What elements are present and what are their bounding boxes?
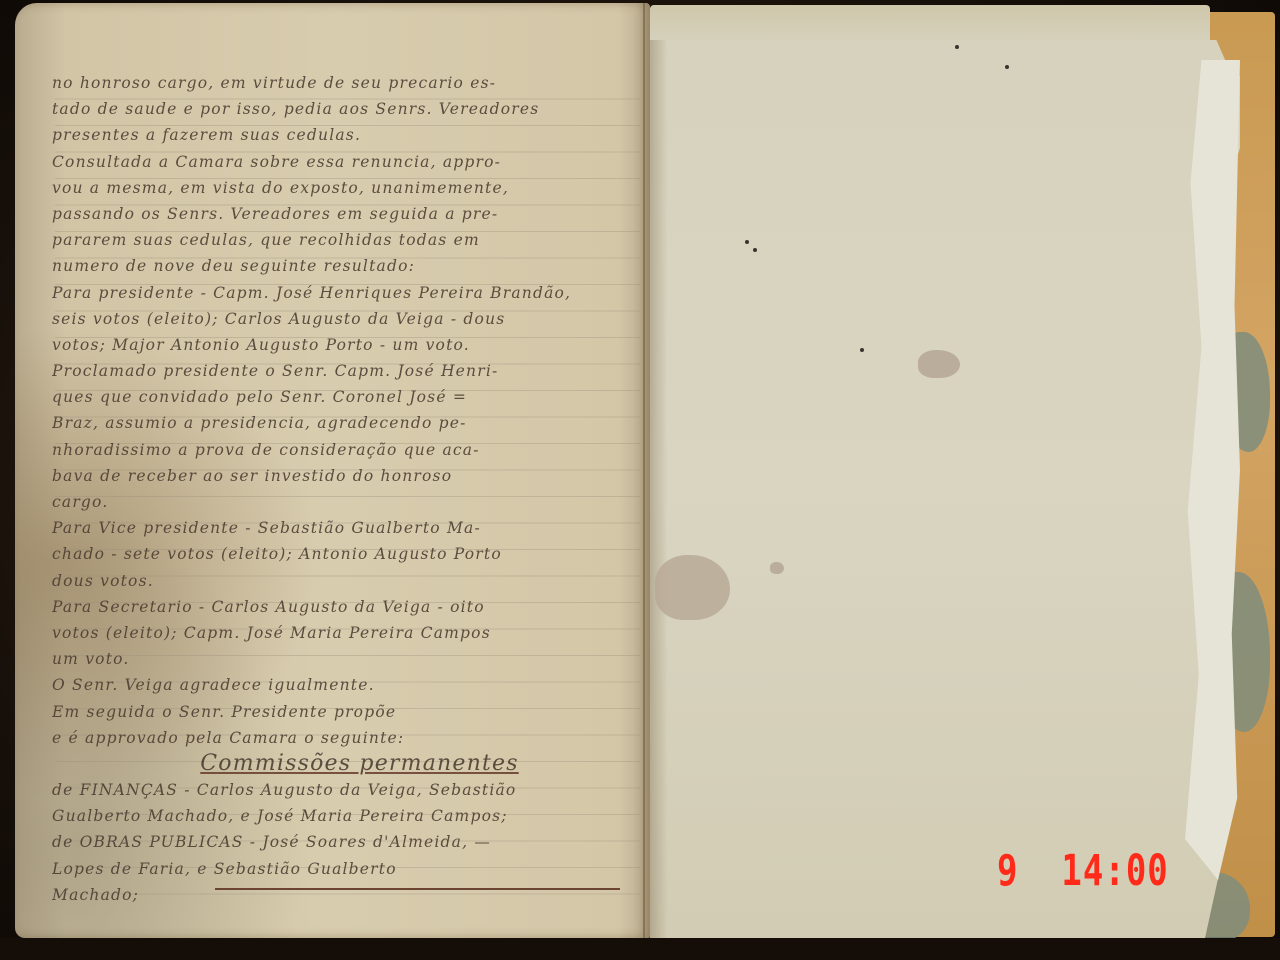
text-line: Lopes de Faria, e Sebastião Gualberto	[52, 856, 627, 882]
text-line: um voto.	[52, 646, 627, 672]
ink-spot	[753, 248, 757, 252]
stain-blot	[655, 555, 730, 620]
text-line: ques que convidado pelo Senr. Coronel Jo…	[52, 384, 627, 410]
right-page	[650, 40, 1240, 940]
ink-spot	[860, 348, 864, 352]
closing-rule-line	[215, 888, 620, 890]
text-line-president: Para presidente - Capm. José Henriques P…	[52, 280, 627, 306]
text-line-public-works: de OBRAS PUBLICAS - José Soares d'Almeid…	[52, 829, 627, 855]
text-line: presentes a fazerem suas cedulas.	[52, 122, 627, 148]
torn-page-edge	[1185, 60, 1240, 880]
handwritten-text: no honroso cargo, em virtude de seu prec…	[52, 70, 627, 908]
text-line-secretary: Para Secretario - Carlos Augusto da Veig…	[52, 594, 627, 620]
text-line: vou a mesma, em vista do exposto, unanim…	[52, 175, 627, 201]
text-line: Machado;	[52, 882, 627, 908]
text-line: dous votos.	[52, 568, 627, 594]
text-line: Em seguida o Senr. Presidente propõe	[52, 699, 627, 725]
ledger-photo: no honroso cargo, em virtude de seu prec…	[0, 0, 1280, 960]
camera-timestamp: 9 14:00	[997, 846, 1169, 896]
text-line: tado de saude e por isso, pedia aos Senr…	[52, 96, 627, 122]
text-line: votos; Major Antonio Augusto Porto - um …	[52, 332, 627, 358]
text-line: Gualberto Machado, e José Maria Pereira …	[52, 803, 627, 829]
text-line: cargo.	[52, 489, 627, 515]
text-line: bava de receber ao ser investido do honr…	[52, 463, 627, 489]
text-line: Proclamado presidente o Senr. Capm. José…	[52, 358, 627, 384]
text-line: Braz, assumio a presidencia, agradecendo…	[52, 410, 627, 436]
text-line: O Senr. Veiga agradece igualmente.	[52, 672, 627, 698]
text-line-vice-president: Para Vice presidente - Sebastião Gualber…	[52, 515, 627, 541]
text-line: chado - sete votos (eleito); Antonio Aug…	[52, 541, 627, 567]
text-line: passando os Senrs. Vereadores em seguida…	[52, 201, 627, 227]
stain-blot	[770, 562, 784, 574]
table-edge-shadow	[0, 938, 1280, 960]
right-page-top-edge	[650, 5, 1210, 45]
page-margin-line	[643, 3, 645, 938]
text-line: pararem suas cedulas, que recolhidas tod…	[52, 227, 627, 253]
text-line: nhoradissimo a prova de consideração que…	[52, 437, 627, 463]
text-line: no honroso cargo, em virtude de seu prec…	[52, 70, 627, 96]
text-line: seis votos (eleito); Carlos Augusto da V…	[52, 306, 627, 332]
stain-blot	[918, 350, 960, 378]
section-heading-commissions: Commissões permanentes	[52, 751, 627, 777]
text-line: Consultada a Camara sobre essa renuncia,…	[52, 149, 627, 175]
ink-spot	[955, 45, 959, 49]
ink-spot	[745, 240, 749, 244]
text-line: e é approvado pela Camara o seguinte:	[52, 725, 627, 751]
text-line: numero de nove deu seguinte resultado:	[52, 253, 627, 279]
text-line-finances: de FINANÇAS - Carlos Augusto da Veiga, S…	[52, 777, 627, 803]
text-line: votos (eleito); Capm. José Maria Pereira…	[52, 620, 627, 646]
ink-spot	[1005, 65, 1009, 69]
